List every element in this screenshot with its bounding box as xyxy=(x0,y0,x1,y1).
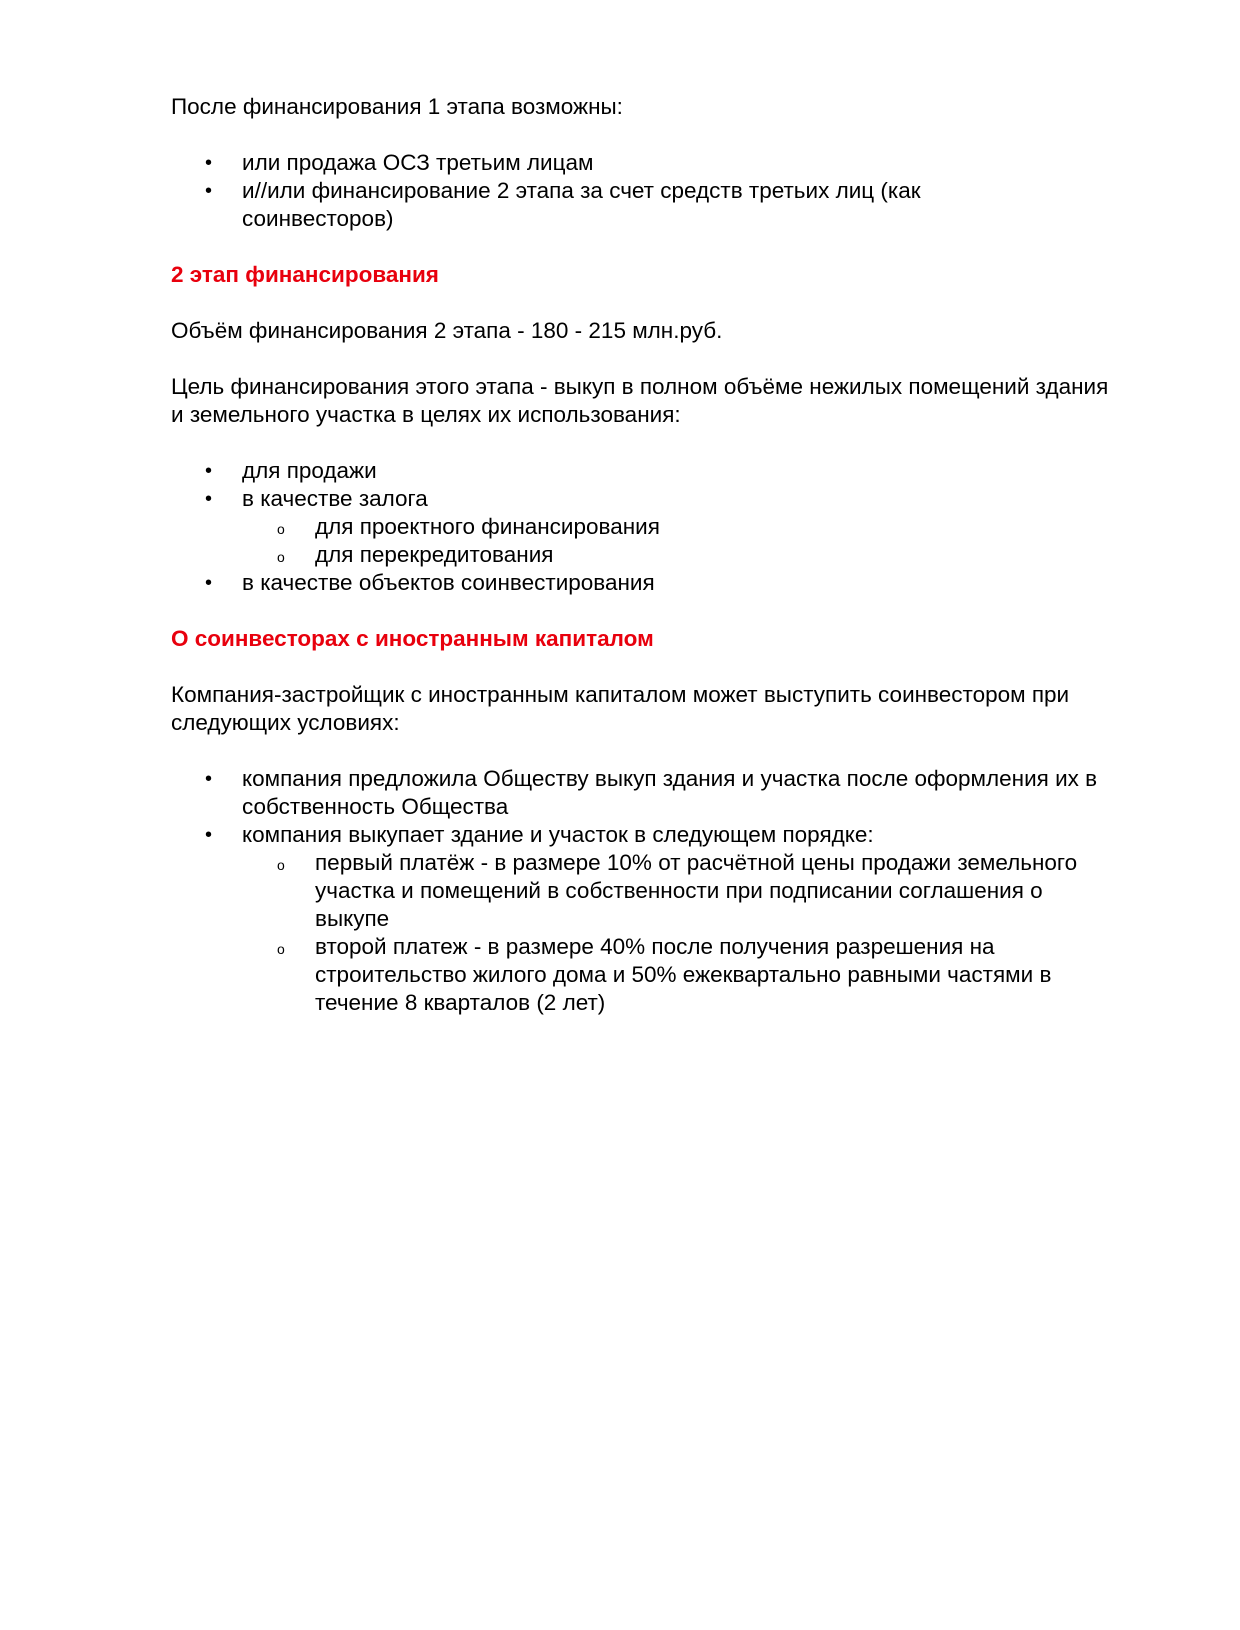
list-item: • в качестве залога xyxy=(171,485,1131,513)
stage2-list: • для продажи • в качестве залога o для … xyxy=(171,457,1131,597)
sub-list-item: o для проектного финансирования xyxy=(171,513,1131,541)
bullet-icon: • xyxy=(205,149,212,177)
bullet-icon: • xyxy=(205,177,212,205)
list-item: • и//или финансирование 2 этапа за счет … xyxy=(171,177,1131,233)
stage2-volume: Объём финансирования 2 этапа - 180 - 215… xyxy=(171,317,1131,345)
bullet-icon: • xyxy=(205,457,212,485)
document-page: После финансирования 1 этапа возможны: •… xyxy=(171,93,1131,1017)
circle-bullet-icon: o xyxy=(277,515,285,543)
bullet-icon: • xyxy=(205,765,212,793)
circle-bullet-icon: o xyxy=(277,935,285,963)
intro-list: • или продажа ОСЗ третьим лицам • и//или… xyxy=(171,149,1131,233)
sub-list-item: o для перекредитования xyxy=(171,541,1131,569)
bullet-icon: • xyxy=(205,569,212,597)
intro-paragraph: После финансирования 1 этапа возможны: xyxy=(171,93,1131,121)
list-item: • компания предложила Обществу выкуп зда… xyxy=(171,765,1131,821)
list-item: • в качестве объектов соинвестирования xyxy=(171,569,1131,597)
list-item: • для продажи xyxy=(171,457,1131,485)
section-heading-stage2: 2 этап финансирования xyxy=(171,261,1131,289)
bullet-icon: • xyxy=(205,821,212,849)
stage2-goal: Цель финансирования этого этапа - выкуп … xyxy=(171,373,1111,429)
sub-list-item: o второй платеж - в размере 40% после по… xyxy=(171,933,1131,1017)
circle-bullet-icon: o xyxy=(277,851,285,879)
section-heading-coinvestors: О соинвесторах с иностранным капиталом xyxy=(171,625,1131,653)
sub-list-item: o первый платёж - в размере 10% от расчё… xyxy=(171,849,1131,933)
list-item: • или продажа ОСЗ третьим лицам xyxy=(171,149,1131,177)
circle-bullet-icon: o xyxy=(277,543,285,571)
bullet-icon: • xyxy=(205,485,212,513)
coinvestors-paragraph: Компания-застройщик с иностранным капита… xyxy=(171,681,1101,737)
list-item: • компания выкупает здание и участок в с… xyxy=(171,821,1131,849)
coinvestors-list: • компания предложила Обществу выкуп зда… xyxy=(171,765,1131,1017)
